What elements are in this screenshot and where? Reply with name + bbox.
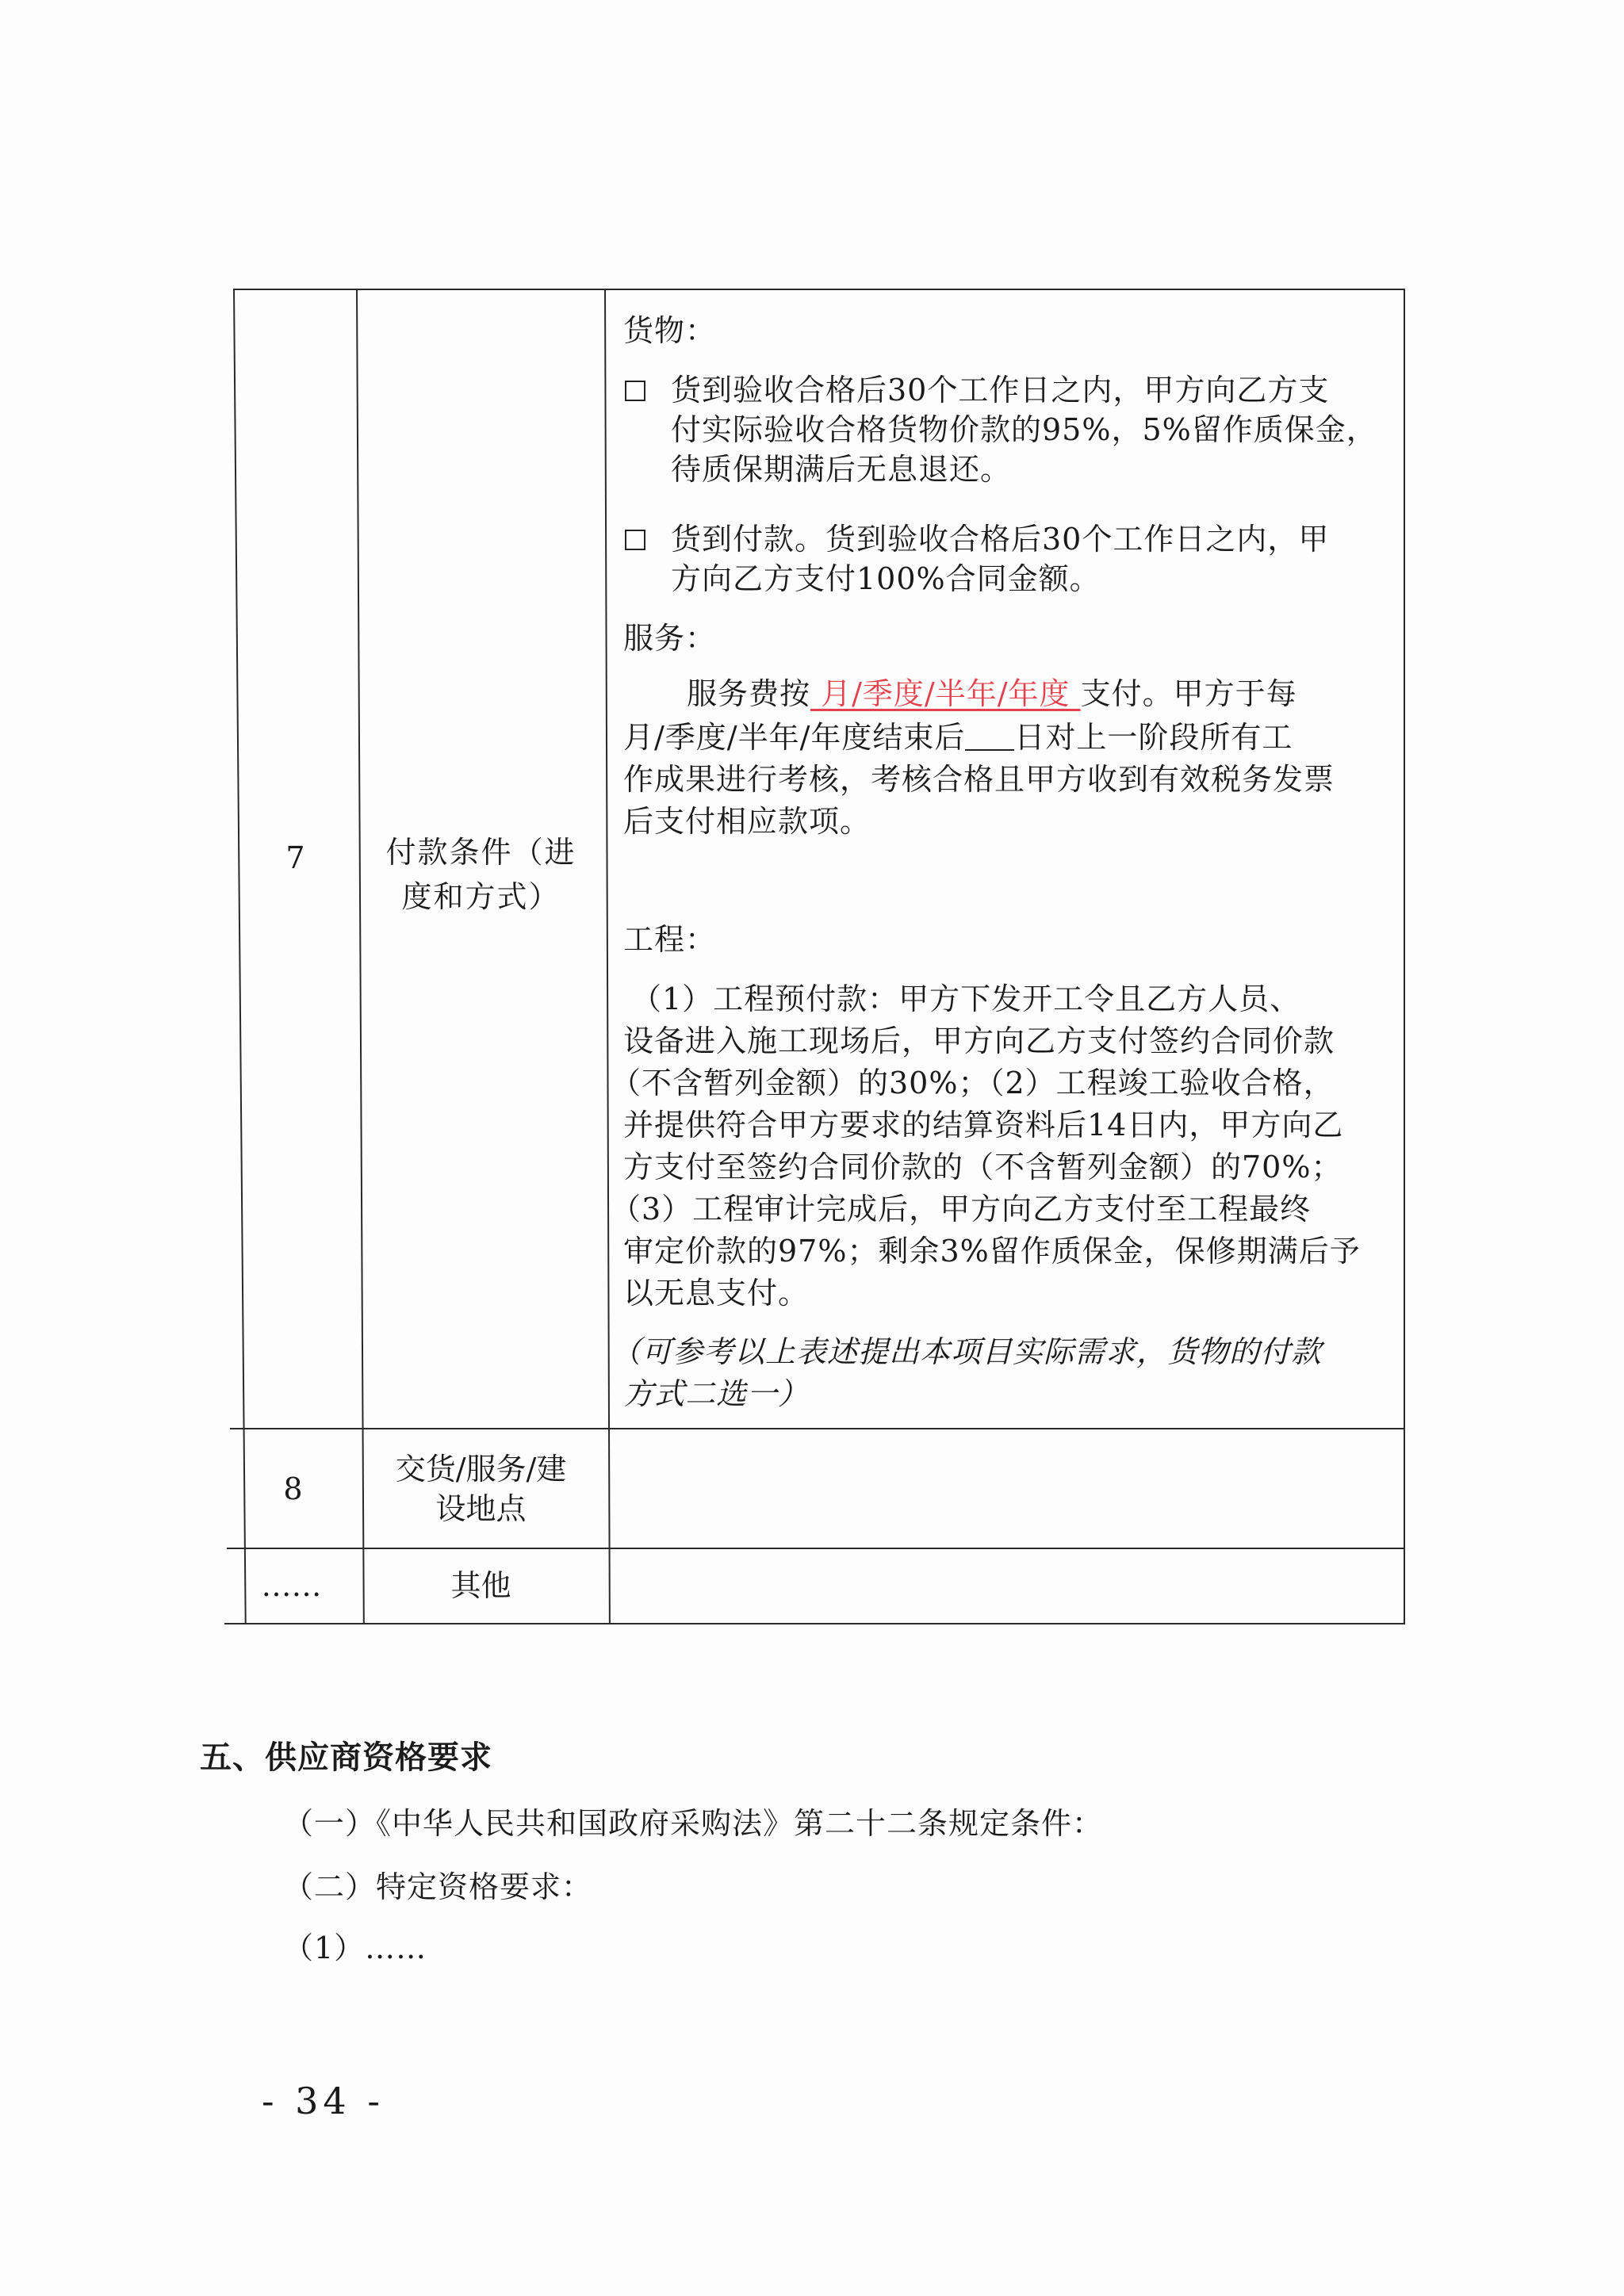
checkbox-goods-option-1[interactable] (625, 381, 645, 401)
row-item-label: 付款条件（进 度和方式） (358, 832, 604, 916)
section-item: （一）《中华人民共和国政府采购法》第二十二条规定条件： (283, 1804, 1103, 1843)
section-item: （1）…… (283, 1928, 427, 1968)
row-item-label: 交货/服务/建 设地点 (358, 1449, 604, 1529)
table-right-border (1404, 289, 1405, 1624)
engineering-line: 以无息支付。 (623, 1273, 809, 1313)
engineering-line: （1）工程预付款：甲方下发开工令且乙方人员、 (631, 979, 1300, 1019)
table-bottom-border (224, 1623, 1405, 1624)
column-divider (604, 289, 611, 1624)
engineering-label: 工程： (623, 920, 716, 959)
engineering-line: （不含暂列金额）的30%；（2）工程竣工验收合格， (611, 1063, 1335, 1103)
section-heading: 五、供应商资格要求 (200, 1738, 492, 1777)
engineering-line: 方支付至签约合同价款的（不含暂列金额）的70%； (623, 1147, 1342, 1187)
checkbox-goods-option-2[interactable] (625, 530, 645, 550)
section-item: （二）特定资格要求： (283, 1867, 592, 1907)
table-top-border (233, 289, 1405, 290)
column-divider (356, 289, 365, 1624)
row-item-label: 其他 (358, 1566, 604, 1605)
goods-option-1-line: 付实际验收合格货物价款的95%，5%留作质保金， (671, 410, 1377, 450)
row-number: …… (227, 1566, 356, 1605)
row-number: 7 (235, 838, 356, 878)
page-number: - 34 - (262, 2079, 385, 2123)
engineering-line: （3）工程审计完成后，甲方向乙方支付至工程最终 (611, 1189, 1311, 1229)
service-line: 后支付相应款项。 (623, 802, 871, 841)
days-blank-field[interactable] (965, 725, 1014, 751)
service-label: 服务： (623, 618, 716, 658)
service-period-options: 月/季度/半年/年度 (810, 676, 1081, 711)
guidance-note: （可参考以上表述提出本项目实际需求，货物的付款 (611, 1332, 1322, 1372)
goods-option-2-line: 货到付款。货到验收合格后30个工作日之内，甲 (671, 519, 1329, 559)
engineering-line: 审定价款的97%；剩余3%留作质保金，保修期满后予 (623, 1231, 1361, 1271)
goods-option-2-line: 方向乙方支付100%合同金额。 (671, 559, 1101, 599)
engineering-line: 并提供符合甲方要求的结算资料后14日内，甲方向乙 (623, 1105, 1343, 1145)
goods-label: 货物： (623, 311, 716, 350)
service-line: 月/季度/半年/年度结束后日对上一阶段所有工 (623, 717, 1293, 757)
guidance-note: 方式二选一） (623, 1374, 809, 1414)
service-line: 作成果进行考核，考核合格且甲方收到有效税务发票 (623, 760, 1335, 799)
other-cell[interactable] (606, 1549, 1404, 1623)
service-line: 服务费按 月/季度/半年/年度 支付。甲方于每 (687, 674, 1297, 714)
goods-option-1-line: 货到验收合格后30个工作日之内，甲方向乙方支 (671, 370, 1329, 410)
row-number: 8 (230, 1469, 356, 1509)
delivery-location-cell[interactable] (606, 1429, 1404, 1548)
engineering-line: 设备进入施工现场后，甲方向乙方支付签约合同价款 (623, 1021, 1335, 1061)
goods-option-1-line: 待质保期满后无息退还。 (671, 450, 1011, 489)
table-left-border (233, 289, 247, 1624)
